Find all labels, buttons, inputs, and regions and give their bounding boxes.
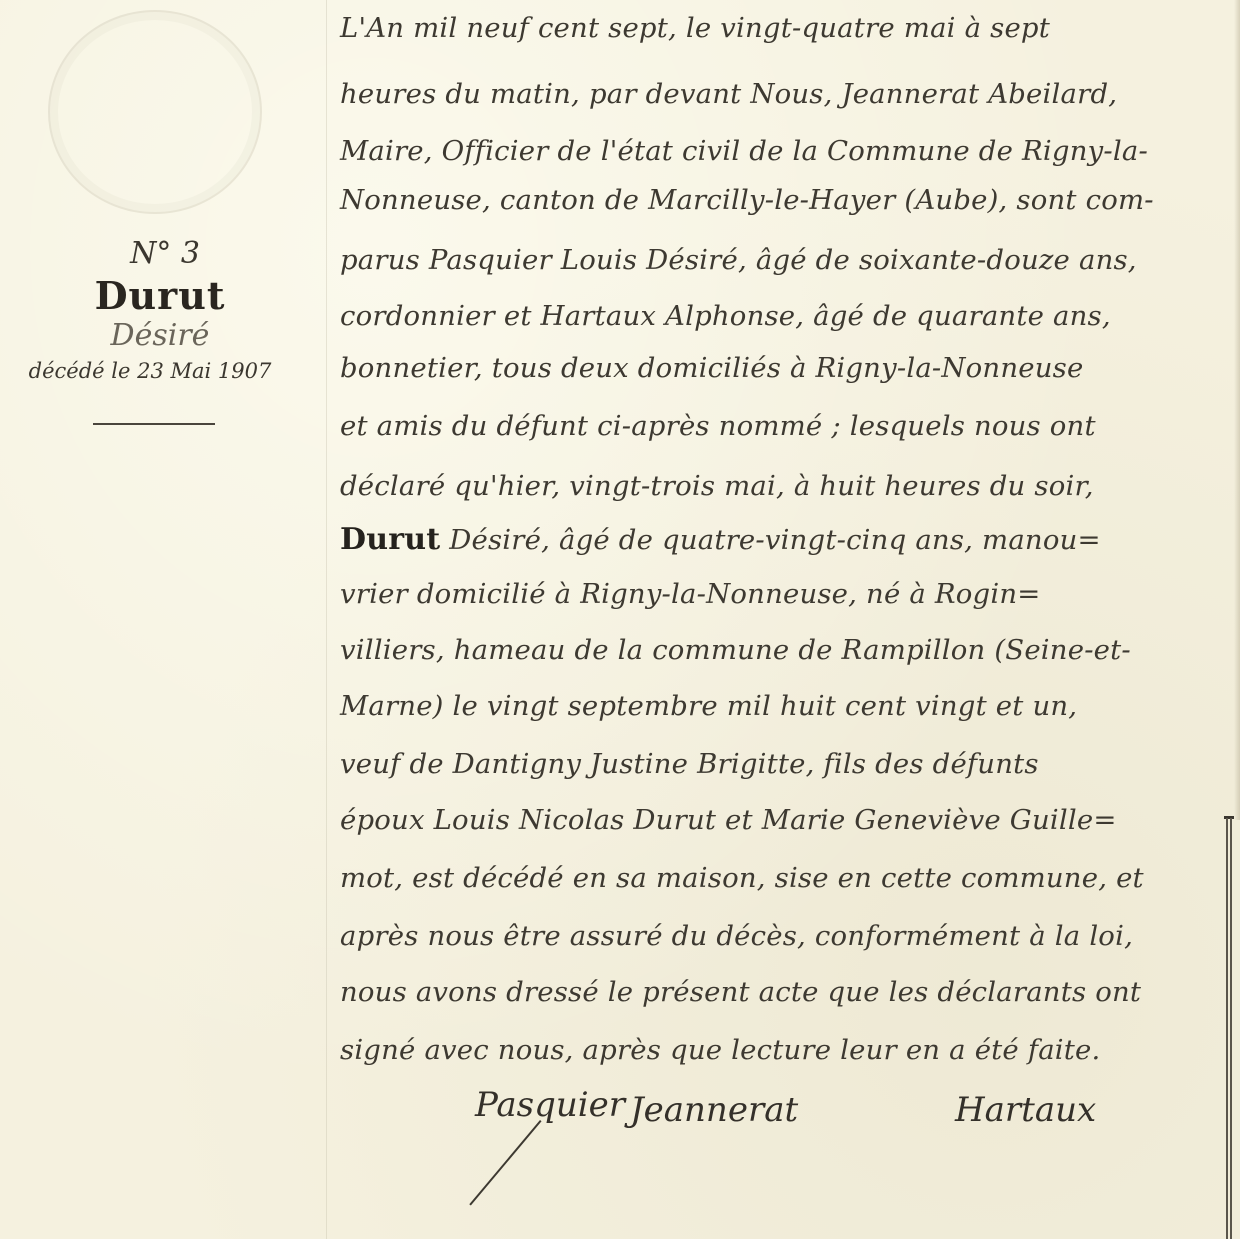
act-line-deceased: Durut Désiré, âgé de quatre-vingt-cinq a… [340, 522, 1101, 557]
act-line: vrier domicilié à Rigny-la-Nonneuse, né … [340, 578, 1041, 610]
deceased-name-inline: Durut [340, 522, 440, 557]
act-line: et amis du défunt ci-après nommé ; lesqu… [340, 410, 1096, 442]
act-line: bonnetier, tous deux domiciliés à Rigny-… [340, 352, 1083, 384]
signature-jeannerat: Jeannerat [630, 1090, 798, 1130]
act-line: heures du matin, par devant Nous, Jeanne… [340, 78, 1117, 110]
act-line: après nous être assuré du décès, conform… [340, 920, 1133, 952]
act-line: cordonnier et Hartaux Alphonse, âgé de q… [340, 300, 1111, 332]
deceased-first-name: Désiré [20, 318, 300, 353]
act-line: Marne) le vingt septembre mil huit cent … [340, 690, 1077, 722]
act-line: Nonneuse, canton de Marcilly-le-Hayer (A… [340, 184, 1154, 216]
signature-hartaux: Hartaux [955, 1090, 1096, 1130]
act-line: Maire, Officier de l'état civil de la Co… [340, 135, 1148, 167]
act-line: époux Louis Nicolas Durut et Marie Genev… [340, 804, 1117, 836]
act-line: L'An mil neuf cent sept, le vingt-quatre… [340, 12, 1050, 44]
act-line: nous avons dressé le présent acte que le… [340, 976, 1141, 1008]
margin-rule [326, 0, 327, 1239]
act-line: mot, est décédé en sa maison, sise en ce… [340, 862, 1144, 894]
page-edge-shadow [1234, 0, 1240, 820]
embossed-seal [48, 10, 262, 214]
margin-note: N° 3 Durut Désiré décédé le 23 Mai 1907 [0, 236, 300, 425]
act-line: parus Pasquier Louis Désiré, âgé de soix… [340, 244, 1137, 276]
act-number: N° 3 [30, 236, 300, 271]
act-line: veuf de Dantigny Justine Brigitte, fils … [340, 748, 1039, 780]
act-line: villiers, hameau de la commune de Rampil… [340, 634, 1131, 666]
death-date-note: décédé le 23 Mai 1907 [0, 359, 300, 383]
signature-pasquier: Pasquier [475, 1085, 625, 1125]
signature-flourish [469, 1120, 541, 1206]
act-line: déclaré qu'hier, vingt-trois mai, à huit… [340, 470, 1094, 502]
deceased-surname: Durut [20, 273, 300, 318]
right-binding-frame [1226, 818, 1232, 1239]
margin-underline [93, 423, 215, 425]
act-line: signé avec nous, après que lecture leur … [340, 1034, 1100, 1066]
act-line-rest: Désiré, âgé de quatre-vingt-cinq ans, ma… [440, 524, 1100, 556]
register-page: N° 3 Durut Désiré décédé le 23 Mai 1907 … [0, 0, 1240, 1239]
